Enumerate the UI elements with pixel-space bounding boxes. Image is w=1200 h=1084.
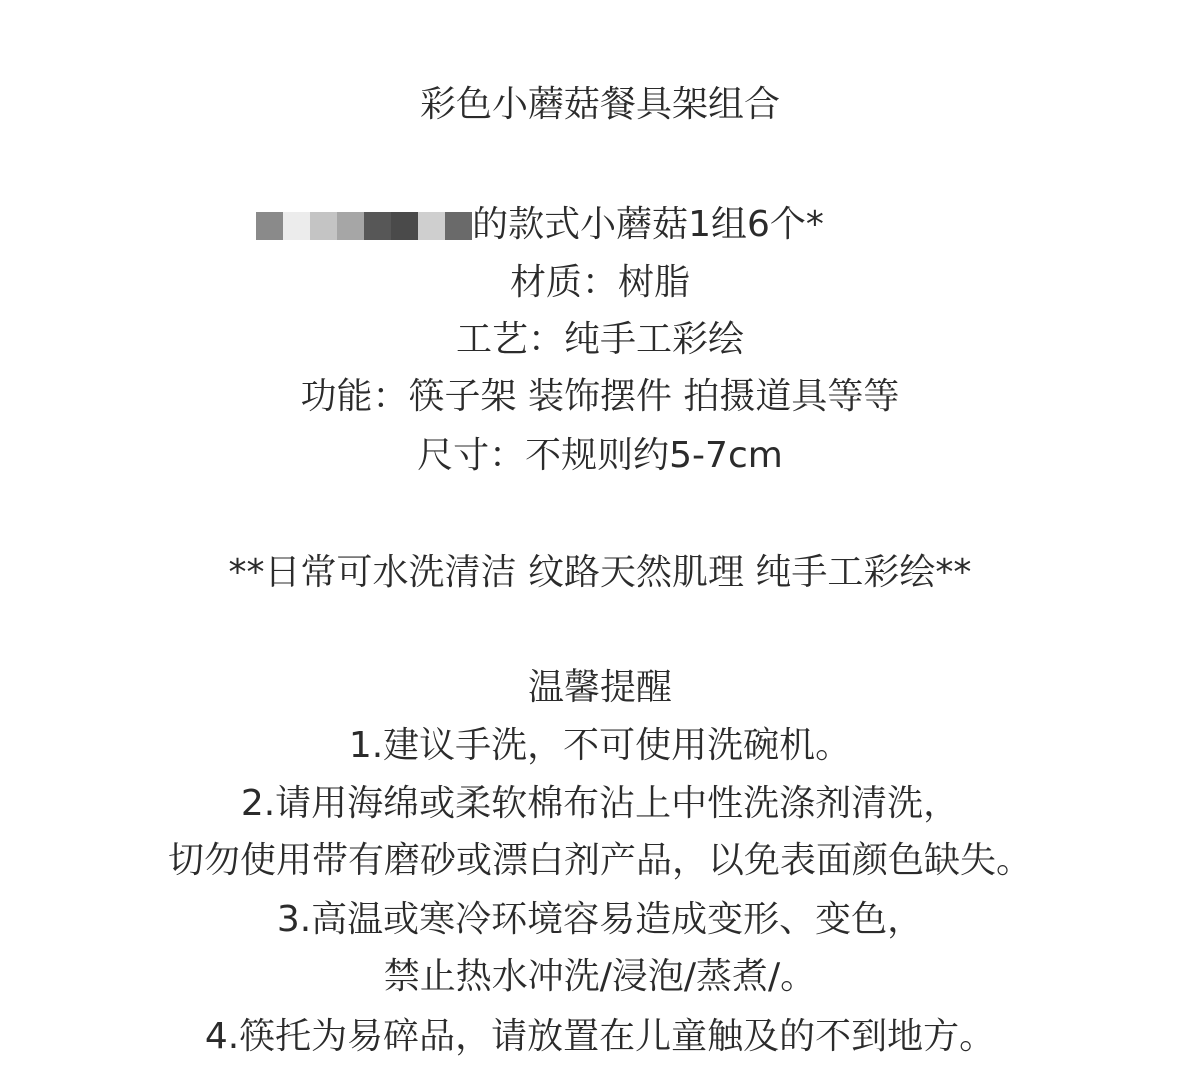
redaction-block	[310, 212, 337, 240]
reminder-heading: 温馨提醒	[0, 659, 1200, 717]
redaction-block	[445, 212, 472, 240]
redaction-block	[364, 212, 391, 240]
model-text: 的款式小蘑菇1组6个*	[472, 204, 824, 245]
redaction-block	[391, 212, 418, 240]
reminder-line: 禁止热水冲洗/浸泡/蒸煮/。	[0, 948, 1200, 1006]
redaction-block	[283, 212, 310, 240]
spec-craft: 工艺：纯手工彩绘	[0, 311, 1200, 369]
spec-size: 尺寸：不规则约5-7cm	[0, 427, 1200, 485]
reminder-line: 4.筷托为易碎品，请放置在儿童触及的不到地方。	[0, 1008, 1200, 1066]
reminder-line: 2.请用海绵或柔软棉布沾上中性洗涤剂清洗，	[0, 775, 1200, 833]
highlight-line: **日常可水洗清洁 纹路天然肌理 纯手工彩绘**	[0, 544, 1200, 602]
reminder-line: 1.建议手洗，不可使用洗碗机。	[0, 717, 1200, 775]
spec-function: 功能：筷子架 装饰摆件 拍摄道具等等	[0, 368, 1200, 426]
redaction-block	[256, 212, 283, 240]
redacted-pixelation	[256, 212, 472, 240]
spec-material: 材质：树脂	[0, 254, 1200, 312]
model-line: 的款式小蘑菇1组6个*	[0, 196, 1200, 254]
product-title: 彩色小蘑菇餐具架组合	[0, 76, 1200, 134]
redaction-block	[418, 212, 445, 240]
redaction-block	[337, 212, 364, 240]
reminder-line: 3.高温或寒冷环境容易造成变形、变色，	[0, 891, 1200, 949]
reminder-line: 切勿使用带有磨砂或漂白剂产品，以免表面颜色缺失。	[0, 832, 1200, 890]
